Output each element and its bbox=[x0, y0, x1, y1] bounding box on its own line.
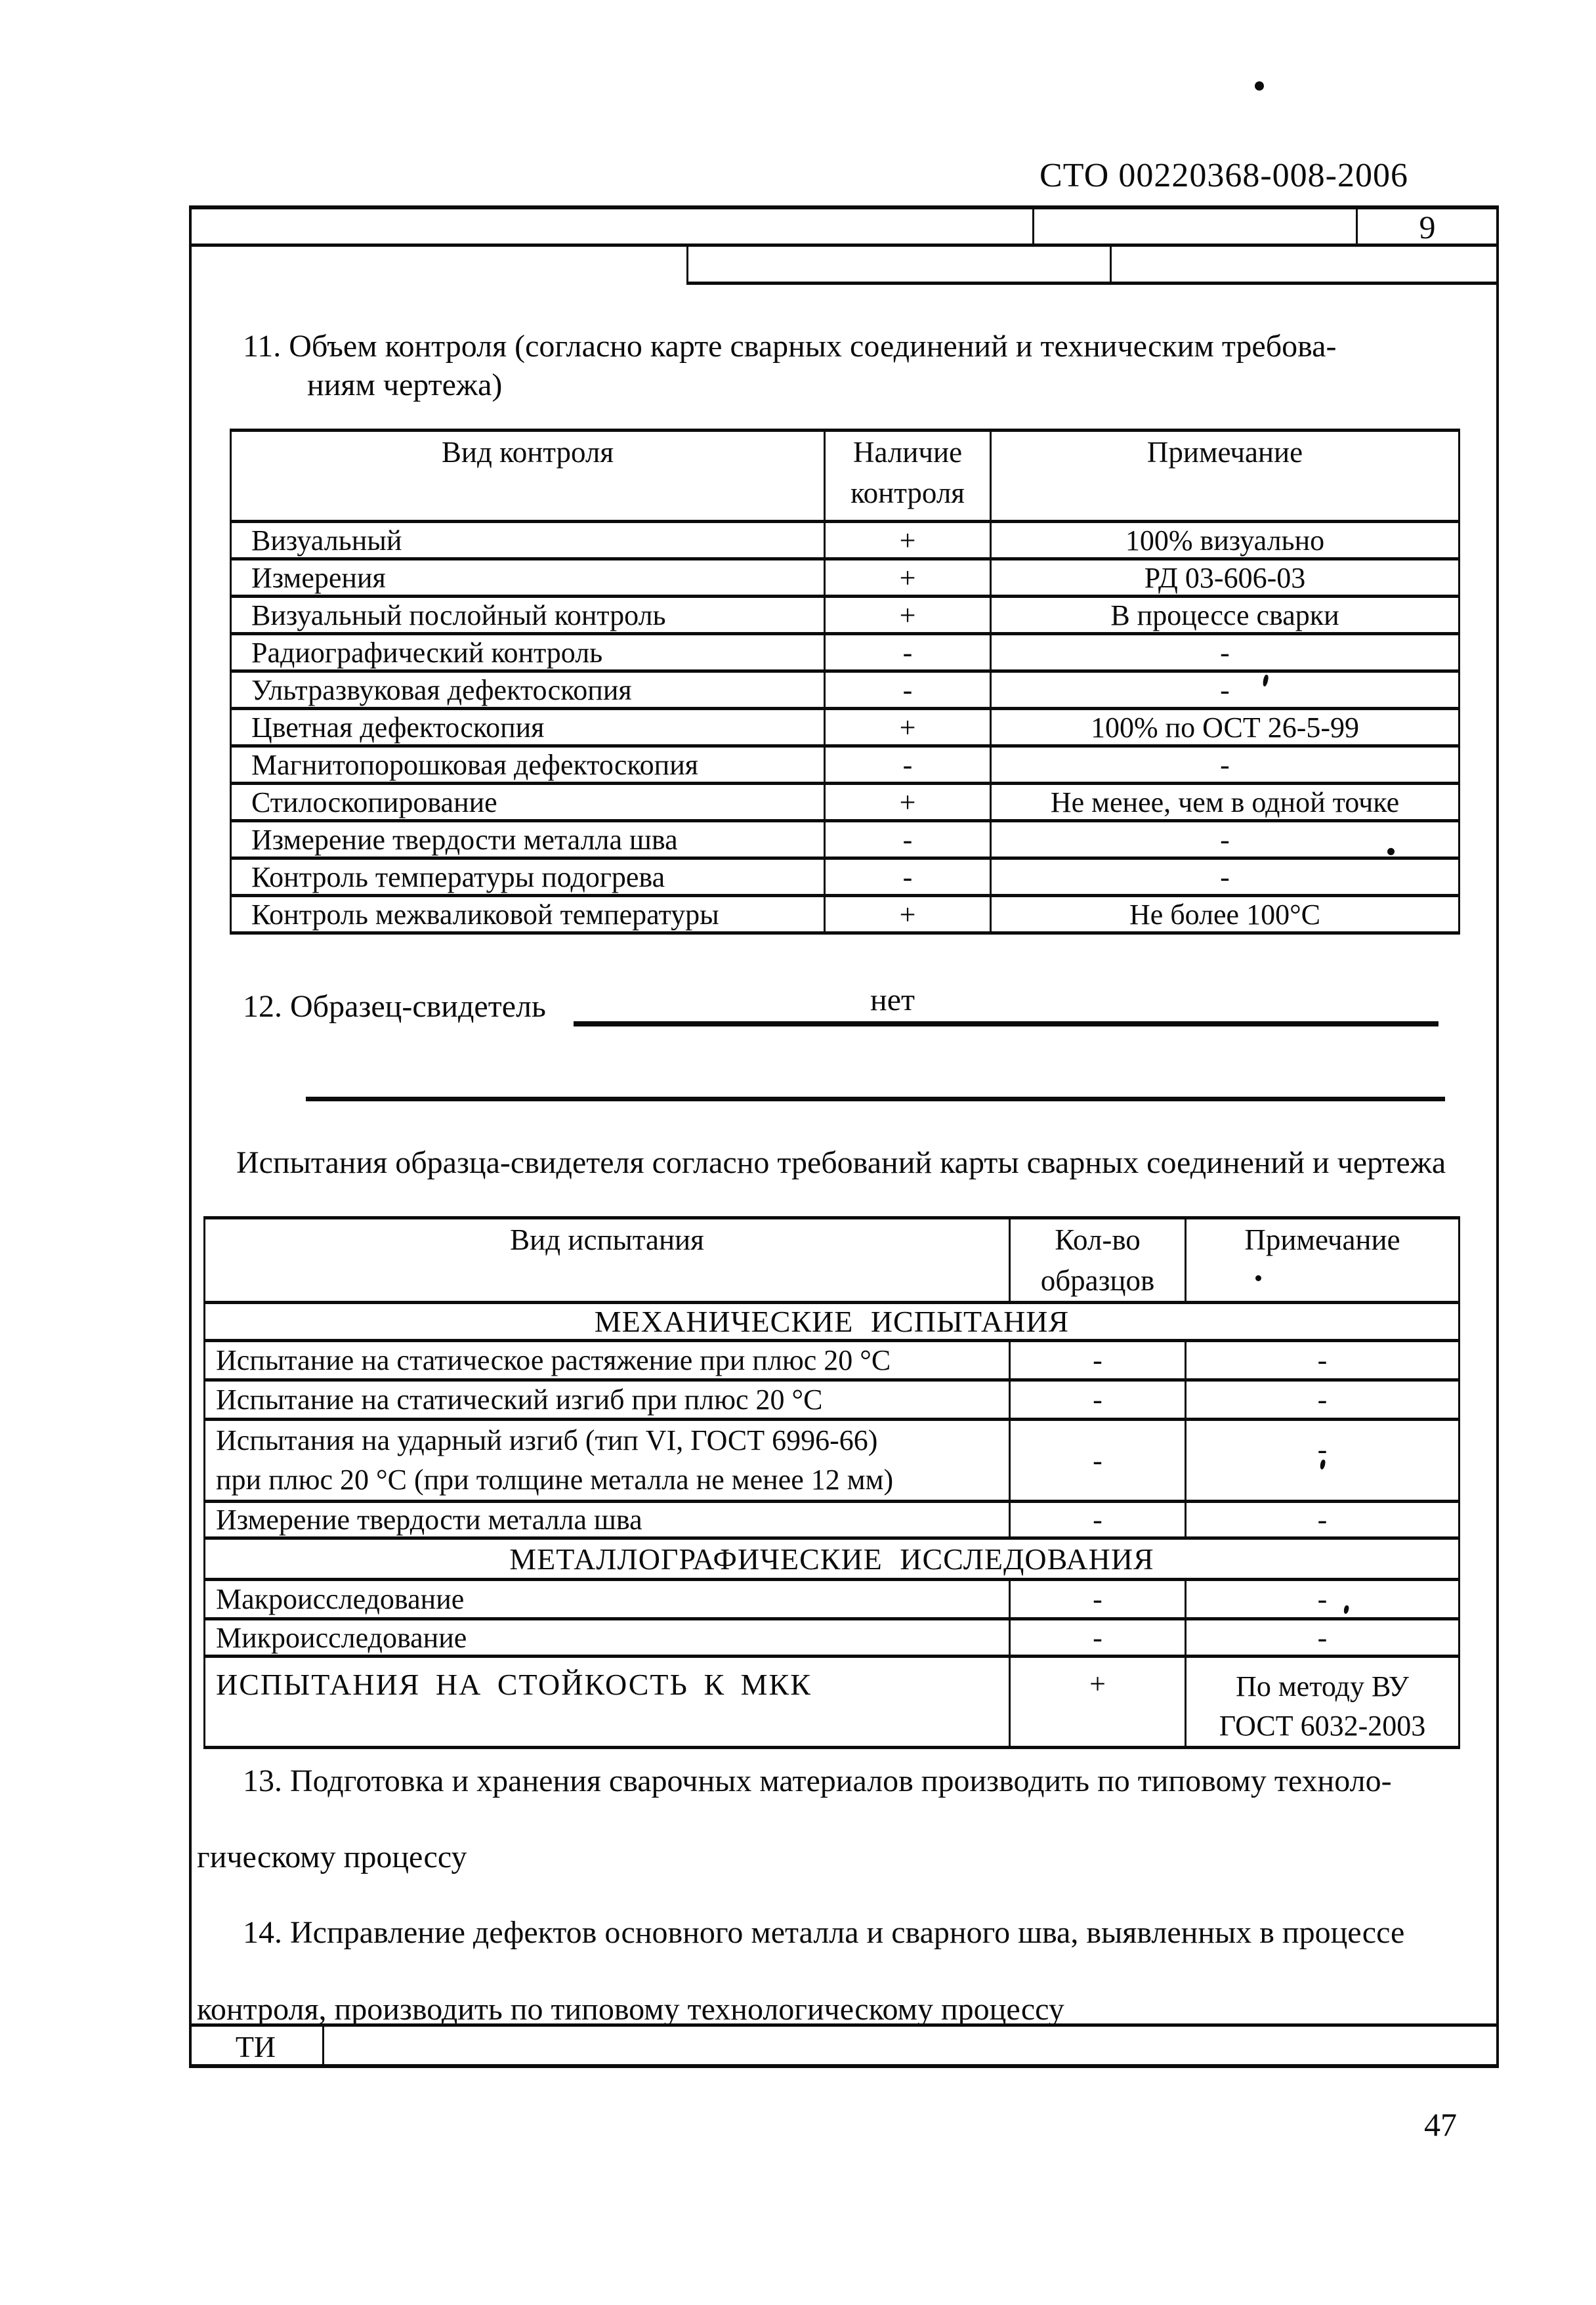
test-type-cell: Испытания на ударный изгиб (тип VI, ГОСТ… bbox=[205, 1420, 1010, 1502]
specimen-tests-table: Вид испытания Кол-во образцов Примечание… bbox=[203, 1216, 1460, 1749]
test-note-cell: - bbox=[1186, 1502, 1459, 1538]
test-type-cell: Макроисследование bbox=[205, 1580, 1010, 1619]
table-header-row: Вид испытания Кол-во образцов Примечание bbox=[205, 1218, 1459, 1303]
section-row: МЕХАНИЧЕСКИЕ ИСПЫТАНИЯ bbox=[205, 1303, 1459, 1341]
table-header-row: Вид контроля Наличие контроля Примечание bbox=[231, 431, 1459, 522]
item-12-underline bbox=[574, 1021, 1438, 1026]
control-present-cell: - bbox=[825, 821, 991, 858]
control-note-cell: - bbox=[991, 858, 1459, 896]
col-header-specimen-qty: Кол-во образцов bbox=[1010, 1218, 1186, 1303]
control-note-cell: В процессе сварки bbox=[991, 597, 1459, 634]
control-present-cell: - bbox=[825, 858, 991, 896]
table-row: Цветная дефектоскопия + 100% по ОСТ 26-5… bbox=[231, 709, 1459, 746]
control-note-cell: Не более 100°С bbox=[991, 896, 1459, 933]
control-note-cell: - bbox=[991, 746, 1459, 784]
test-type-cell: Испытание на статический изгиб при плюс … bbox=[205, 1380, 1010, 1420]
test-type-cell: Измерение твердости металла шва bbox=[205, 1502, 1010, 1538]
col-header-note: Примечание bbox=[991, 431, 1459, 522]
test-qty-cell: - bbox=[1010, 1341, 1186, 1380]
control-note-cell: Не менее, чем в одной точке bbox=[991, 784, 1459, 821]
control-note-cell: - bbox=[991, 634, 1459, 671]
item-14-line1: 14. Исправление дефектов основного метал… bbox=[243, 1914, 1404, 1951]
test-qty-cell: + bbox=[1010, 1657, 1186, 1748]
control-scope-table: Вид контроля Наличие контроля Примечание… bbox=[230, 429, 1460, 935]
control-type-cell: Визуальный послойный контроль bbox=[231, 597, 825, 634]
item-13-line2: гическому процессу bbox=[197, 1839, 467, 1875]
item-14-line2: контроля, производить по типовому технол… bbox=[197, 1991, 1064, 2027]
table-row: ИСПЫТАНИЯ НА СТОЙКОСТЬ К МКК + По методу… bbox=[205, 1657, 1459, 1748]
control-note-cell: - bbox=[991, 671, 1459, 709]
test-qty-cell: - bbox=[1010, 1619, 1186, 1657]
control-type-cell: Измерение твердости металла шва bbox=[231, 821, 825, 858]
header-cell-divider bbox=[1032, 205, 1034, 247]
table-row: Магнитопорошковая дефектоскопия - - bbox=[231, 746, 1459, 784]
sheet-number-box: 9 bbox=[1356, 208, 1499, 246]
scan-artifact-dot bbox=[1387, 848, 1395, 855]
control-type-cell: Магнитопорошковая дефектоскопия bbox=[231, 746, 825, 784]
frame-right-border bbox=[1496, 205, 1499, 2068]
table-row: Измерения + РД 03-606-03 bbox=[231, 559, 1459, 597]
table-row: Испытание на статический изгиб при плюс … bbox=[205, 1380, 1459, 1420]
test-qty-cell: - bbox=[1010, 1420, 1186, 1502]
title-block-bottom-line bbox=[686, 282, 1499, 285]
frame-top-line bbox=[189, 205, 1499, 209]
test-qty-cell: - bbox=[1010, 1380, 1186, 1420]
control-note-cell: 100% визуально bbox=[991, 522, 1459, 559]
control-type-cell: Цветная дефектоскопия bbox=[231, 709, 825, 746]
control-type-cell: Измерения bbox=[231, 559, 825, 597]
table-row: Стилоскопирование + Не менее, чем в одно… bbox=[231, 784, 1459, 821]
control-present-cell: + bbox=[825, 522, 991, 559]
item-11-line2: ниям чертежа) bbox=[307, 367, 502, 403]
item-12-label: 12. Образец-свидетель bbox=[243, 988, 546, 1025]
table-row: Визуальный + 100% визуально bbox=[231, 522, 1459, 559]
control-type-cell: Ультразвуковая дефектоскопия bbox=[231, 671, 825, 709]
table-row: Макроисследование - - bbox=[205, 1580, 1459, 1619]
test-note-cell: - bbox=[1186, 1380, 1459, 1420]
table-row: Измерение твердости металла шва - - bbox=[205, 1502, 1459, 1538]
section-row: МЕТАЛЛОГРАФИЧЕСКИЕ ИССЛЕДОВАНИЯ bbox=[205, 1538, 1459, 1580]
test-qty-cell: - bbox=[1010, 1502, 1186, 1538]
footer-top-line bbox=[189, 2023, 1499, 2027]
table-row: Испытание на статическое растяжение при … bbox=[205, 1341, 1459, 1380]
col-header-control-type: Вид контроля bbox=[231, 431, 825, 522]
col-header-test-type: Вид испытания bbox=[205, 1218, 1010, 1303]
test-note-cell: По методу ВУ ГОСТ 6032-2003 bbox=[1186, 1657, 1459, 1748]
item-12-value: нет bbox=[840, 982, 945, 1018]
col-header-control-presence: Наличие контроля bbox=[825, 431, 991, 522]
control-note-cell: 100% по ОСТ 26-5-99 bbox=[991, 709, 1459, 746]
table-row: Визуальный послойный контроль + В процес… bbox=[231, 597, 1459, 634]
title-block-left-line bbox=[686, 243, 688, 285]
table-row: Измерение твердости металла шва - - bbox=[231, 821, 1459, 858]
item-13-line1: 13. Подготовка и хранения сварочных мате… bbox=[243, 1763, 1392, 1799]
control-type-cell: Визуальный bbox=[231, 522, 825, 559]
document-code: СТО 00220368-008-2006 bbox=[1027, 156, 1421, 195]
blank-underline bbox=[306, 1097, 1445, 1101]
scan-artifact-dot bbox=[1255, 81, 1264, 91]
control-present-cell: - bbox=[825, 671, 991, 709]
control-type-cell: Контроль межваликовой температуры bbox=[231, 896, 825, 933]
table-row: Контроль температуры подогрева - - bbox=[231, 858, 1459, 896]
item-11-line1: 11. Объем контроля (согласно карте сварн… bbox=[243, 328, 1336, 364]
control-note-cell: РД 03-606-03 bbox=[991, 559, 1459, 597]
control-type-cell: Контроль температуры подогрева bbox=[231, 858, 825, 896]
specimen-testing-note: Испытания образца-свидетеля согласно тре… bbox=[236, 1145, 1446, 1181]
control-present-cell: + bbox=[825, 559, 991, 597]
control-present-cell: + bbox=[825, 709, 991, 746]
frame-left-border bbox=[189, 205, 192, 2068]
footer-label: ТИ bbox=[189, 2029, 322, 2064]
scan-artifact-dot bbox=[1255, 1275, 1261, 1281]
control-type-cell: Стилоскопирование bbox=[231, 784, 825, 821]
control-present-cell: + bbox=[825, 896, 991, 933]
control-type-cell: Радиографический контроль bbox=[231, 634, 825, 671]
test-type-cell: ИСПЫТАНИЯ НА СТОЙКОСТЬ К МКК bbox=[205, 1657, 1010, 1748]
section-title-metallographic: МЕТАЛЛОГРАФИЧЕСКИЕ ИССЛЕДОВАНИЯ bbox=[205, 1538, 1459, 1580]
control-present-cell: + bbox=[825, 597, 991, 634]
table-row: Микроисследование - - bbox=[205, 1619, 1459, 1657]
title-block-divider bbox=[1110, 243, 1112, 285]
table-row: Испытания на ударный изгиб (тип VI, ГОСТ… bbox=[205, 1420, 1459, 1502]
test-note-cell: - bbox=[1186, 1580, 1459, 1619]
control-present-cell: - bbox=[825, 746, 991, 784]
footer-cell-divider bbox=[322, 2023, 324, 2068]
test-qty-cell: - bbox=[1010, 1580, 1186, 1619]
control-present-cell: + bbox=[825, 784, 991, 821]
test-type-cell: Микроисследование bbox=[205, 1619, 1010, 1657]
control-present-cell: - bbox=[825, 634, 991, 671]
frame-bottom-line bbox=[189, 2064, 1499, 2068]
header-strip-line bbox=[189, 243, 1499, 247]
table-row: Ультразвуковая дефектоскопия - - bbox=[231, 671, 1459, 709]
test-type-cell: Испытание на статическое растяжение при … bbox=[205, 1341, 1010, 1380]
scanned-document-page: СТО 00220368-008-2006 9 11. Объем контро… bbox=[0, 0, 1596, 2305]
section-title-mechanical: МЕХАНИЧЕСКИЕ ИСПЫТАНИЯ bbox=[205, 1303, 1459, 1341]
test-note-cell: - bbox=[1186, 1341, 1459, 1380]
col-header-note: Примечание bbox=[1186, 1218, 1459, 1303]
table-row: Радиографический контроль - - bbox=[231, 634, 1459, 671]
test-note-cell: - bbox=[1186, 1619, 1459, 1657]
table-row: Контроль межваликовой температуры + Не б… bbox=[231, 896, 1459, 933]
page-number: 47 bbox=[1404, 2105, 1477, 2144]
